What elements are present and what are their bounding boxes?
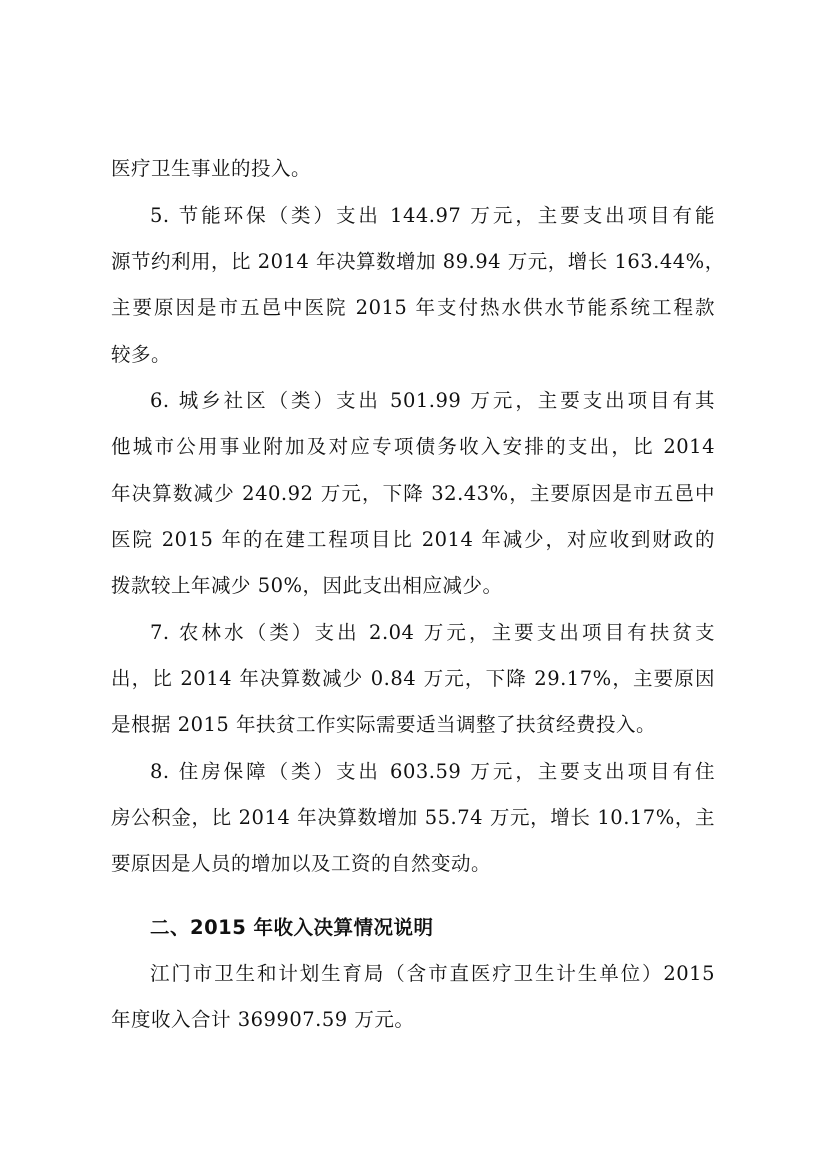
paragraph-line: 医疗卫生事业的投入。 xyxy=(111,157,715,181)
paragraph-line: 5. 节能环保（类）支出 144.97 万元，主要支出项目有能 xyxy=(150,204,715,228)
paragraph-line: 房公积金，比 2014 年决算数增加 55.74 万元，增长 10.17%，主 xyxy=(111,806,715,830)
paragraph-line: 他城市公用事业附加及对应专项债务收入安排的支出，比 2014 xyxy=(111,435,715,459)
paragraph-line: 年决算数减少 240.92 万元，下降 32.43%，主要原因是市五邑中 xyxy=(111,482,715,506)
paragraph-line: 是根据 2015 年扶贫工作实际需要适当调整了扶贫经费投入。 xyxy=(111,713,715,737)
paragraph-line: 较多。 xyxy=(111,343,715,367)
paragraph-line: 要原因是人员的增加以及工资的自然变动。 xyxy=(111,852,715,876)
paragraph-line: 年度收入合计 369907.59 万元。 xyxy=(111,1008,715,1032)
paragraph-line: 7. 农林水（类）支出 2.04 万元，主要支出项目有扶贫支 xyxy=(150,621,715,645)
paragraph-line: 8. 住房保障（类）支出 603.59 万元，主要支出项目有住 xyxy=(150,760,715,784)
section-heading: 二、2015 年收入决算情况说明 xyxy=(150,916,715,940)
paragraph-line: 主要原因是市五邑中医院 2015 年支付热水供水节能系统工程款 xyxy=(111,296,715,320)
paragraph-line: 源节约利用，比 2014 年决算数增加 89.94 万元，增长 163.44%， xyxy=(111,250,715,274)
paragraph-line: 拨款较上年减少 50%，因此支出相应减少。 xyxy=(111,574,715,598)
paragraph-line: 江门市卫生和计划生育局（含市直医疗卫生计生单位）2015 xyxy=(150,962,715,986)
paragraph-line: 出，比 2014 年决算数减少 0.84 万元，下降 29.17%，主要原因 xyxy=(111,667,715,691)
paragraph-line: 医院 2015 年的在建工程项目比 2014 年减少，对应收到财政的 xyxy=(111,528,715,552)
paragraph-line: 6. 城乡社区（类）支出 501.99 万元，主要支出项目有其 xyxy=(150,389,715,413)
